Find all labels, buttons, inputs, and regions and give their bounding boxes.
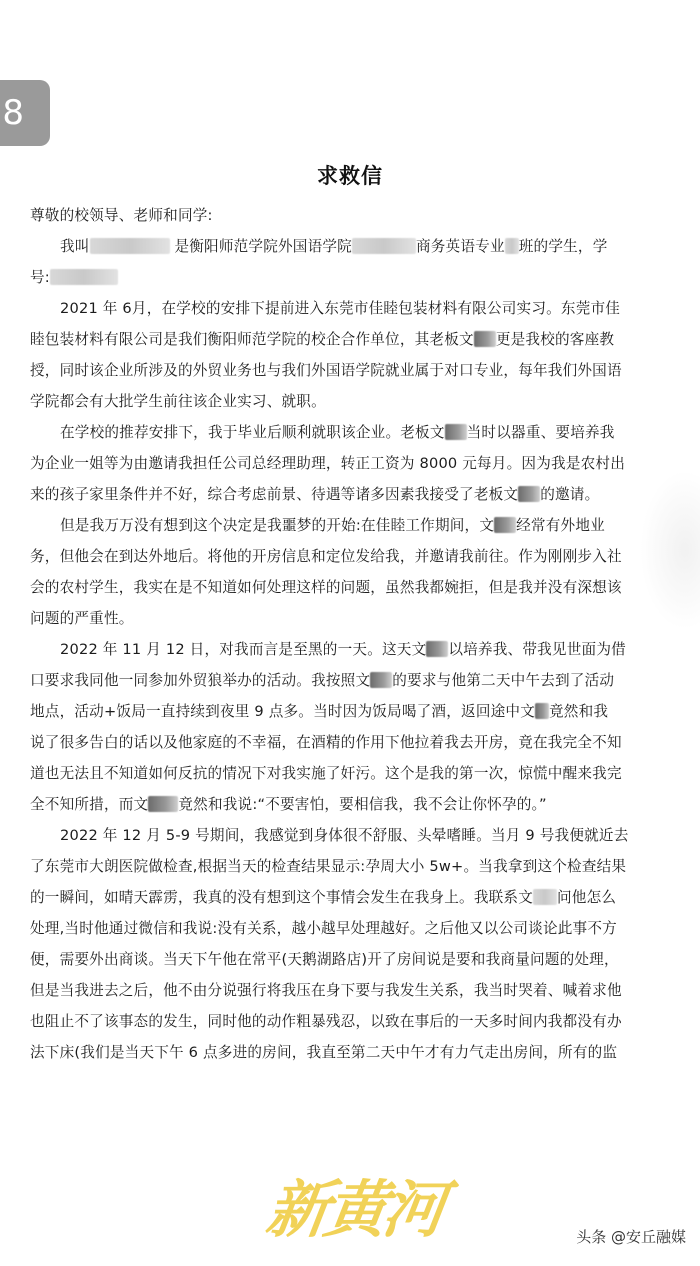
- paragraph-line: 授，同时该企业所涉及的外贸业务也与我们外国语学院就业属于对口专业，每年我们外国语: [30, 355, 646, 386]
- text-segment: 当时以器重、要培养我: [467, 424, 615, 441]
- paragraph-line: 全不知所措，而文竟然和我说:“不要害怕，要相信我，我不会让你怀孕的。”: [30, 789, 646, 820]
- redacted-name: [474, 331, 496, 347]
- text-segment: 竟然和我: [549, 703, 608, 720]
- text-segment: 睦包装材料有限公司是我们衡阳师范学院的校企合作单位，其老板文: [30, 331, 474, 348]
- paragraph-line: 2021 年 6月，在学校的安排下提前进入东莞市佳睦包装材料有限公司实习。东莞市…: [30, 293, 646, 324]
- redacted-name: [494, 517, 516, 533]
- paragraph-line: 但是当我进去之后，他不由分说强行将我压在身下要与我发生关系，我当时哭着、喊着求他: [30, 975, 646, 1006]
- source-credit: 头条 @安丘融媒: [576, 1226, 686, 1247]
- text-segment: 号:: [30, 269, 50, 286]
- text-segment: 以培养我、带我见世面为借: [448, 641, 626, 658]
- text-segment: 的邀请。: [540, 486, 599, 503]
- text-segment: 的要求与他第二天中午去到了活动: [392, 672, 614, 689]
- paragraph-line: 2022 年 12 月 5-9 号期间，我感觉到身体很不舒服、头晕嗜睡。当月 9…: [30, 820, 646, 851]
- document-body: 尊敬的校领导、老师和同学: 我叫 是衡阳师范学院外国语学院商务英语专业班的学生，…: [30, 200, 646, 1068]
- text-segment: 经常有外地业: [516, 517, 605, 534]
- text-segment: 2022 年 11 月 12 日，对我而言是至黑的一天。这天文: [60, 641, 426, 658]
- paragraph-line: 道也无法且不知道如何反抗的情况下对我实施了奸污。这个是我的第一次，惊慌中醒来我完: [30, 758, 646, 789]
- redacted-name: [370, 672, 392, 688]
- text-segment: 问他怎么: [557, 889, 616, 906]
- text-segment: 更是我校的客座教: [496, 331, 614, 348]
- paragraph-line: 来的孩子家里条件并不好，综合考虑前景、待遇等诸多因素我接受了老板文的邀请。: [30, 479, 646, 510]
- redacted-name: [90, 238, 170, 254]
- redacted-name: [533, 889, 557, 905]
- photo-glare: [640, 470, 700, 630]
- redacted-student-id: [50, 269, 118, 285]
- text-segment: 但是我万万没有想到这个决定是我噩梦的开始:在佳睦工作期间，文: [60, 517, 494, 534]
- text-segment: 口要求我同他一同参加外贸狼举办的活动。我按照文: [30, 672, 370, 689]
- redacted-name: [518, 486, 540, 502]
- text-segment: 来的孩子家里条件并不好，综合考虑前景、待遇等诸多因素我接受了老板文: [30, 486, 518, 503]
- salutation: 尊敬的校领导、老师和同学:: [30, 200, 646, 231]
- page-number-badge: 8: [0, 80, 50, 146]
- paragraph-line: 务，但他会在到达外地后。将他的开房信息和定位发给我，并邀请我前往。作为刚刚步入社: [30, 541, 646, 572]
- text-segment: 在学校的推荐安排下，我于毕业后顺利就职该企业。老板文: [60, 424, 445, 441]
- paragraph-line: 说了很多告白的话以及他家庭的不幸福，在酒精的作用下他拉着我去开房，竟在我完全不知: [30, 727, 646, 758]
- paragraph-line: 但是我万万没有想到这个决定是我噩梦的开始:在佳睦工作期间，文经常有外地业: [30, 510, 646, 541]
- text-segment: 班的学生，学: [519, 238, 608, 255]
- redacted-class-year: [352, 238, 416, 254]
- redacted-name: [148, 796, 178, 812]
- document-title: 求救信: [0, 160, 700, 190]
- xinhuanghe-logo-watermark: 新黄河: [262, 1160, 449, 1249]
- text-segment: 我叫: [60, 238, 90, 255]
- paragraph-line: 法下床(我们是当天下午 6 点多进的房间，我直至第二天中午才有力气走出房间，所有…: [30, 1037, 646, 1068]
- text-segment: 商务英语专业: [416, 238, 505, 255]
- text-segment: 是衡阳师范学院外国语学院: [174, 238, 352, 255]
- paragraph-line: 2022 年 11 月 12 日，对我而言是至黑的一天。这天文以培养我、带我见世…: [30, 634, 646, 665]
- paragraph-line: 在学校的推荐安排下，我于毕业后顺利就职该企业。老板文当时以器重、要培养我: [30, 417, 646, 448]
- redacted-name: [445, 424, 467, 440]
- paragraph-line: 问题的严重性。: [30, 603, 646, 634]
- paragraph-line: 地点，活动+饭局一直持续到夜里 9 点多。当时因为饭局喝了酒，返回途中文竟然和我: [30, 696, 646, 727]
- paragraph-line: 为企业一姐等为由邀请我担任公司总经理助理，转正工资为 8000 元每月。因为我是…: [30, 448, 646, 479]
- redacted-name: [426, 641, 448, 657]
- redacted-name: [535, 703, 549, 719]
- text-segment: 的一瞬间，如晴天霹雳，我真的没有想到这个事情会发生在我身上。我联系文: [30, 889, 533, 906]
- paragraph-line: 了东莞市大朗医院做检查,根据当天的检查结果显示:孕周大小 5w+。当我拿到这个检…: [30, 851, 646, 882]
- text-segment: 地点，活动+饭局一直持续到夜里 9 点多。当时因为饭局喝了酒，返回途中文: [30, 703, 535, 720]
- paragraph-line: 也阻止不了该事态的发生，同时他的动作粗暴残忍，以致在事后的一天多时间内我都没有办: [30, 1006, 646, 1037]
- paragraph-line: 处理,当时他通过微信和我说:没有关系，越小越早处理越好。之后他又以公司谈论此事不…: [30, 913, 646, 944]
- paragraph-line: 学院都会有大批学生前往该企业实习、就职。: [30, 386, 646, 417]
- redacted-class-number: [505, 238, 519, 254]
- paragraph-line: 的一瞬间，如晴天霹雳，我真的没有想到这个事情会发生在我身上。我联系文问他怎么: [30, 882, 646, 913]
- paragraph-line: 口要求我同他一同参加外贸狼举办的活动。我按照文的要求与他第二天中午去到了活动: [30, 665, 646, 696]
- paragraph-line: 我叫 是衡阳师范学院外国语学院商务英语专业班的学生，学: [30, 231, 646, 262]
- paragraph-line: 睦包装材料有限公司是我们衡阳师范学院的校企合作单位，其老板文更是我校的客座教: [30, 324, 646, 355]
- text-segment: 全不知所措，而文: [30, 796, 148, 813]
- text-segment: 竟然和我说:“不要害怕，要相信我，我不会让你怀孕的。”: [178, 796, 546, 813]
- paragraph-line: 会的农村学生，我实在是不知道如何处理这样的问题，虽然我都婉拒，但是我并没有深想该: [30, 572, 646, 603]
- paragraph-line: 便，需要外出商谈。当天下午他在常平(天鹅湖路店)开了房间说是要和我商量问题的处理…: [30, 944, 646, 975]
- paragraph-line: 号:: [30, 262, 646, 293]
